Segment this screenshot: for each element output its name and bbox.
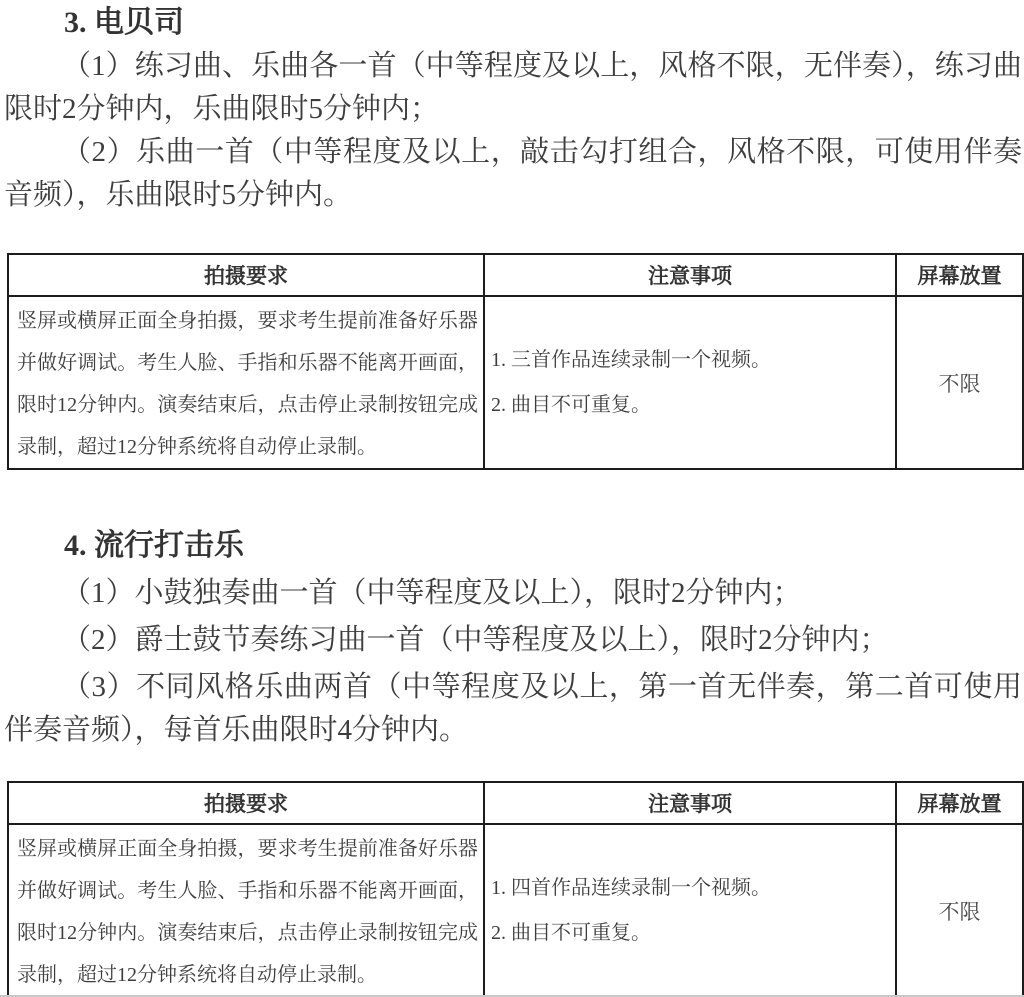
note-item: 1. 四首作品连续录制一个视频。: [491, 866, 891, 911]
section-4-heading: 4. 流行打击乐: [0, 529, 1024, 563]
section-4-exam-table: 拍摄要求 注意事项 屏幕放置 竖屏或横屏正面全身拍摄，要求考生提前准备好乐器并做…: [7, 781, 1024, 997]
note-item: 2. 曲目不可重复。: [491, 383, 891, 428]
section-3-paragraphs: （1）练习曲、乐曲各一首（中等程度及以上，风格不限，无伴奏），练习曲限时2分钟内…: [4, 45, 1022, 217]
paragraph: （1）小鼓独奏曲一首（中等程度及以上），限时2分钟内；: [4, 572, 1022, 615]
header-shooting-requirements: 拍摄要求: [8, 254, 484, 296]
screen-placement-cell: 不限: [896, 296, 1023, 469]
header-notes: 注意事项: [484, 782, 896, 824]
header-screen-placement: 屏幕放置: [896, 254, 1023, 296]
shooting-requirements-cell: 竖屏或横屏正面全身拍摄，要求考生提前准备好乐器并做好调试。考生人脸、手指和乐器不…: [8, 824, 484, 997]
table-header-row: 拍摄要求 注意事项 屏幕放置: [8, 782, 1023, 824]
section-4-paragraphs: （1）小鼓独奏曲一首（中等程度及以上），限时2分钟内； （2）爵士鼓节奏练习曲一…: [4, 572, 1022, 756]
shooting-requirements-cell: 竖屏或横屏正面全身拍摄，要求考生提前准备好乐器并做好调试。考生人脸、手指和乐器不…: [8, 296, 484, 469]
paragraph: （3）不同风格乐曲两首（中等程度及以上，第一首无伴奏，第二首可使用伴奏音频），每…: [4, 666, 1022, 752]
paragraph: （1）练习曲、乐曲各一首（中等程度及以上，风格不限，无伴奏），练习曲限时2分钟内…: [4, 45, 1022, 131]
table-header-row: 拍摄要求 注意事项 屏幕放置: [8, 254, 1023, 296]
header-screen-placement: 屏幕放置: [896, 782, 1023, 824]
section-3-heading: 3. 电贝司: [0, 6, 1024, 40]
paragraph: （2）乐曲一首（中等程度及以上，敲击勾打组合，风格不限，可使用伴奏音频），乐曲限…: [4, 131, 1022, 217]
header-notes: 注意事项: [484, 254, 896, 296]
table-body-row: 竖屏或横屏正面全身拍摄，要求考生提前准备好乐器并做好调试。考生人脸、手指和乐器不…: [8, 824, 1023, 997]
table-body-row: 竖屏或横屏正面全身拍摄，要求考生提前准备好乐器并做好调试。考生人脸、手指和乐器不…: [8, 296, 1023, 469]
notes-cell: 1. 四首作品连续录制一个视频。 2. 曲目不可重复。: [484, 824, 896, 997]
note-item: 2. 曲目不可重复。: [491, 911, 891, 956]
screen-placement-cell: 不限: [896, 824, 1023, 997]
notes-cell: 1. 三首作品连续录制一个视频。 2. 曲目不可重复。: [484, 296, 896, 469]
section-3-exam-table: 拍摄要求 注意事项 屏幕放置 竖屏或横屏正面全身拍摄，要求考生提前准备好乐器并做…: [7, 253, 1024, 470]
header-shooting-requirements: 拍摄要求: [8, 782, 484, 824]
note-item: 1. 三首作品连续录制一个视频。: [491, 338, 891, 383]
document: 3. 电贝司 （1）练习曲、乐曲各一首（中等程度及以上，风格不限，无伴奏），练习…: [0, 0, 1024, 997]
paragraph: （2）爵士鼓节奏练习曲一首（中等程度及以上），限时2分钟内；: [4, 619, 1022, 662]
